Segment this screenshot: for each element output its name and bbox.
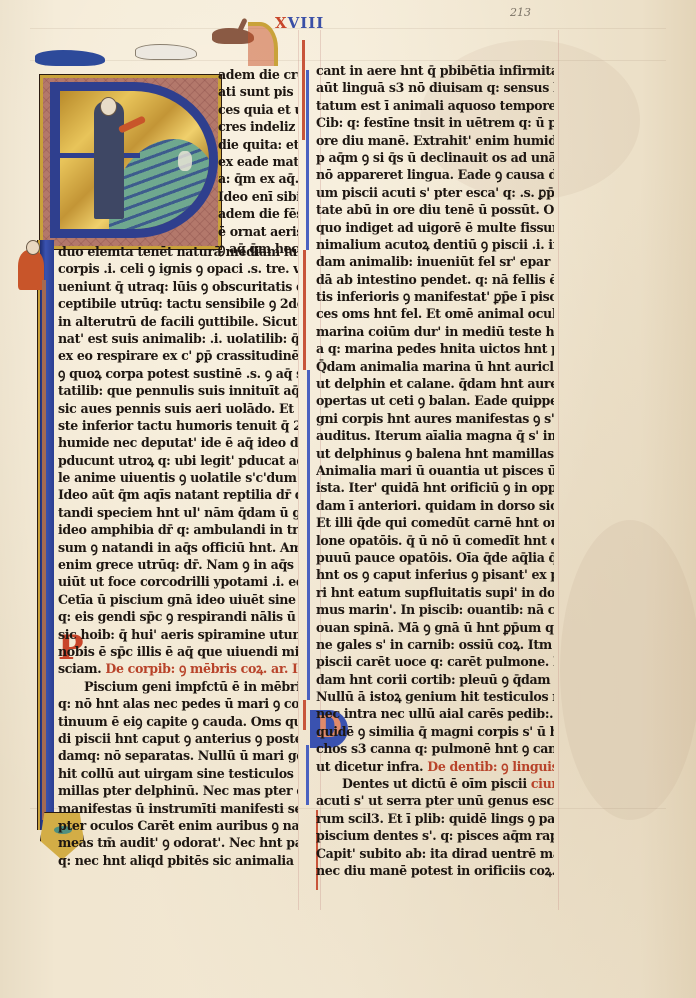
line-text: tate abū in ore diu tenē ū possūt. Omē q…: [316, 202, 554, 218]
line-text: sic aues pennis suis aeri uolādo. Et q̄m…: [58, 400, 298, 416]
line-text: meas tm̄ audit' ꝯ odorat'. Nec hnt palpe…: [58, 835, 298, 851]
text-line: piscium dentes s'. q: pisces aq̄m rapuit…: [316, 827, 554, 845]
pen-flourish: [306, 70, 309, 250]
text-line: dam ī anteriori. quidam in dorso sic del…: [316, 496, 554, 514]
text-line: p aq̄m ꝯ si q̄s ū declinauit os ad unā p…: [316, 149, 554, 167]
line-text: gni corpis hnt aures manifestas ꝯ s' bom: [316, 410, 554, 426]
line-text: uiūt ut foce corcodrilli ypotami .i. eq̄…: [58, 574, 298, 590]
line-text: ut dicetur infra.: [316, 758, 423, 774]
text-line: humide nec deputat' ide ē aq̄ ideo dīi a…: [58, 434, 298, 452]
text-line: ne gales s' in carnib: ossiū coꝝ. Itm ge…: [316, 635, 554, 653]
line-text: sciam.: [58, 661, 101, 677]
pen-flourish: [307, 370, 310, 700]
text-line: ut delphin et calane. q̄dam hnt aures di…: [316, 375, 554, 393]
text-line: nec intra nec ullū aial carēs pedib:. De…: [316, 705, 554, 723]
line-text: corpis .i. celi ꝯ ignis ꝯ opaci .s. tre.…: [58, 261, 298, 277]
text-line: Ideo aūt q̄m aqīs natant reptilia dr̄ q:…: [58, 486, 298, 504]
text-line: nat' est suis animalib: .i. uolatilib: q…: [58, 330, 298, 348]
line-text: sic hoib: q̄ hui' aeris spiramine utunt'…: [58, 626, 298, 642]
line-text: sum ꝯ natandi in aq̄s officiū hnt. Amphy…: [58, 539, 298, 555]
text-line: Piscium geni impfctū ē in mēbris exterio…: [58, 677, 298, 695]
text-line: ri hnt eatum supfluitatis supi' in dorso…: [316, 583, 554, 601]
text-line: q: nō hnt alas nec pedes ū mari ꝯ corp' …: [58, 695, 298, 713]
line-text: tandi speciem hnt ul' nām q̄dam ū gnā pi…: [58, 504, 298, 520]
column-rule: [298, 30, 299, 910]
text-line: manifestas ū instrumīti manifesti sensus: [58, 799, 298, 817]
line-text: rum scil3. Et ī plib: quidē lings ꝯ pala…: [316, 810, 554, 826]
text-line: pter oculos Carēt enim auribus ꝯ narib: …: [58, 816, 298, 834]
fish-icon: [178, 151, 192, 171]
line-text: ste inferior tactu humoris tenuit q̄ 2te…: [58, 418, 298, 434]
hybrid-tail: [42, 280, 46, 820]
text-line: nō appareret lingua. Eade ꝯ causa dentes…: [316, 166, 554, 184]
line-text: acuti s' ut serra pter unū genus esca: [316, 793, 554, 809]
text-line: ista. Iter' quidā hnt orificiū ꝯ in oppo…: [316, 479, 554, 497]
text-line: um piscii acuti s' pter esca' q: .s. ꝑp̄…: [316, 183, 554, 201]
line-text: piscii carēt uoce q: carēt pulmone. Pret…: [316, 654, 554, 670]
text-line: auditus. Iterum aīalia magna q̄ s' in ma…: [316, 427, 554, 445]
text-line: ste inferior tactu humoris tenuit q̄ 2te…: [58, 416, 298, 434]
text-line: q: nec hnt aliqd pbitēs sic animalia q̄ …: [58, 851, 298, 869]
text-line: ces oms hnt fel. Et omē animal oculos pt…: [316, 305, 554, 323]
text-line: lone opatōis. q̄ ū nō ū comedīt hnt orif…: [316, 531, 554, 549]
marginal-border-bar: [38, 240, 54, 830]
rubric: De dentib: ꝯ linguis pis: [427, 758, 554, 774]
line-text: p aq̄m ꝯ si q̄s ū declinauit os ad unā p…: [316, 150, 554, 166]
text-line: sic hoib: q̄ hui' aeris spiramine utunt'…: [58, 625, 298, 643]
text-line: Capit' subito ab: ita dirad uentrē manē: [316, 844, 554, 862]
text-line: tis inferioris ꝯ manifestat' ꝑp̄e ī pisc…: [316, 288, 554, 306]
line-text: enim grece utrūq: dr̄. Nam ꝯ in aq̄s ꝯ ī…: [58, 557, 298, 573]
line-text: tis inferioris ꝯ manifestat' ꝑp̄e ī pisc…: [316, 289, 554, 305]
line-text: quidē ꝯ similia q̄ magni corpis s' ū hnt…: [316, 723, 554, 739]
line-text: a q: marina pedes hnita uictos hnt pedes…: [316, 341, 554, 357]
text-line: duo elemta tenēt naturā mediam luminosi: [58, 243, 298, 261]
line-text: ex eo respirare ex c' ꝑp̄ crassitudinē h…: [58, 348, 298, 364]
line-text: nobis ē sp̄c illis ē aq̄ que uiuendi min…: [58, 644, 298, 660]
hound-icon: [35, 50, 105, 66]
text-line: Cib: q: festīne tnsit in uētrem q: ū pot…: [316, 114, 554, 132]
text-line: di piscii hnt caput ꝯ anterius ꝯ posteri…: [58, 730, 298, 748]
line-text: damq: nō separatas. Nullū ū mari geni pi…: [58, 748, 298, 764]
text-line: pducunt utroꝝ q: ubi legit' pducat aq̄ r…: [58, 451, 298, 469]
line-text: Animalia mari ū ouantia ut pisces ū hnt: [316, 463, 554, 479]
line-text: q: nec hnt aliqd pbitēs sic animalia q̄ …: [58, 852, 298, 868]
line-text: marina coiūm dur' in mediū teste hnita. …: [316, 323, 554, 339]
parchment-stain: [560, 520, 696, 820]
line-text: duo elemta tenēt naturā mediam luminosi: [58, 244, 298, 260]
text-line: ouan spinā. Mā ꝯ gnā ū hnt ꝑp̄um q: spi: [316, 618, 554, 636]
running-head: XVIII: [275, 14, 324, 32]
line-text: ri hnt eatum supfluitatis supi' in dorso…: [316, 584, 554, 600]
text-line: mus marin'. In piscib: ouantib: nā crean: [316, 601, 554, 619]
text-line: nec diu manē potest in orificiis coꝝ. Id…: [316, 862, 554, 880]
text-line: Ideo enī sibi e: [218, 187, 298, 205]
text-line: ex eo respirare ex c' ꝑp̄ crassitudinē h…: [58, 347, 298, 365]
line-text: ore diu manē. Extrahit' enim humiditas: [316, 132, 554, 148]
line-text: piscium dentes s'. q: pisces aq̄m rapuit…: [316, 828, 554, 844]
text-line: adem die cre: [218, 66, 298, 84]
text-line: ex eade mati: [218, 153, 298, 171]
line-text: ut delphin et calane. q̄dam hnt aures di…: [316, 376, 554, 392]
line-text: ouan spinā. Mā ꝯ gnā ū hnt ꝑp̄um q: spi: [316, 619, 554, 635]
line-text: opertas ut ceti ꝯ balan. Eade quippe q̄ …: [316, 393, 554, 409]
manuscript-folio: 213 XVIII P D adem die cre ati sunt pis …: [0, 0, 696, 998]
text-line: Q̄dam animalia marina ū hnt auriclas: [316, 357, 554, 375]
text-line: quo indiget ad uigorē ē multe fissure si…: [316, 218, 554, 236]
line-text: nat' est suis animalib: .i. uolatilib: q…: [58, 331, 298, 347]
running-head-blue: VIII: [288, 14, 325, 32]
line-text: Cib: q: festīne tnsit in uētrem q: ū pot…: [316, 115, 554, 131]
line-text: nec intra nec ullū aial carēs pedib:. De…: [316, 706, 554, 722]
text-line: rum scil3. Et ī plib: quidē lings ꝯ pala…: [316, 809, 554, 827]
line-text: chos s3 canna q: pulmonē hnt ꝯ canalē: [316, 741, 554, 757]
text-line: nimalium acutoꝝ dentiū ꝯ piscii .i. in q…: [316, 235, 554, 253]
text-line: ueniunt q̄ utraq: lūis ꝯ obscuritatis es…: [58, 277, 298, 295]
rubric: De corpib: ꝯ mēbris coꝝ. ar. In l' aial:: [105, 661, 298, 677]
line-text: dam animalib: inueniūt fel sr' epar ꝯ in…: [316, 254, 554, 270]
pen-flourish: [303, 700, 306, 730]
line-text: Nullū ā istoꝝ genium hit testiculos nec …: [316, 689, 554, 705]
text-line: sciam. De corpib: ꝯ mēbris coꝝ. ar. In l…: [58, 660, 298, 678]
text-line: ut delphinus ꝯ balena hnt mamillas ꝯ lac…: [316, 444, 554, 462]
text-line: millas pter delphinū. Nec mas pter eōs h…: [58, 782, 298, 800]
text-line: quidē ꝯ similia q̄ magni corpis s' ū hnt…: [316, 722, 554, 740]
line-text: dam hnt corii cortib: pleuū ꝯ q̄dam aspi…: [316, 671, 554, 687]
text-line: enim grece utrūq: dr̄. Nam ꝯ in aq̄s ꝯ ī…: [58, 556, 298, 574]
line-text: nec diu manē potest in orificiis coꝝ. Id…: [316, 863, 554, 879]
hound-icon: [135, 44, 197, 60]
text-line: tandi speciem hnt ul' nām q̄dam ū gnā pi…: [58, 503, 298, 521]
text-line: opertas ut ceti ꝯ balan. Eade quippe q̄ …: [316, 392, 554, 410]
line-text: tatilib: que pennulis suis innituīt aq̄ …: [58, 383, 298, 399]
right-column: cant in aere hnt q̄ pbibētia infirmita. …: [316, 62, 554, 879]
text-line: chos s3 canna q: pulmonē hnt ꝯ canalē: [316, 740, 554, 758]
folio-number: 213: [510, 6, 531, 19]
text-line: tate abū in ore diu tenē ū possūt. Omē q…: [316, 201, 554, 219]
line-text: ut delphinus ꝯ balena hnt mamillas ꝯ lac…: [316, 445, 554, 461]
text-line: piscii carēt uoce q: carēt pulmone. Pret…: [316, 653, 554, 671]
line-text: cant in aere hnt q̄ pbibētia infirmita. …: [316, 63, 554, 79]
line-text: millas pter delphinū. Nec mas pter eōs h…: [58, 783, 298, 799]
pen-flourish: [306, 745, 309, 805]
text-line: Cetīa ū piscium gnā ideo uiuēt sine aq̄ …: [58, 590, 298, 608]
text-line: a q: marina pedes hnita uictos hnt pedes…: [316, 340, 554, 358]
text-line: gni corpis hnt aures manifestas ꝯ s' bom: [316, 409, 554, 427]
line-text: hit collū aut uirgam sine testiculos sin…: [58, 765, 298, 781]
text-line: ꝯ quoꝝ corpa potest sustinē .s. ꝯ aq̄ su…: [58, 364, 298, 382]
left-column-top: adem die cre ati sunt pis ces quia et uo…: [218, 66, 298, 257]
running-head-red: X: [275, 14, 288, 32]
line-text: aūt linguā s3 nō diuisam q: sensus humid…: [316, 80, 554, 96]
text-line: dam animalib: inueniūt fel sr' epar ꝯ in…: [316, 253, 554, 271]
text-line: ati sunt pis: [218, 83, 298, 101]
text-line: dā ab intestino pendet. q: nā fellis ē e…: [316, 270, 554, 288]
text-line: marina coiūm dur' in mediū teste hnita. …: [316, 322, 554, 340]
text-line: aūt linguā s3 nō diuisam q: sensus humid…: [316, 79, 554, 97]
text-line: meas tm̄ audit' ꝯ odorat'. Nec hnt palpe…: [58, 834, 298, 852]
line-text: mus marin'. In piscib: ouantib: nā crean: [316, 602, 554, 618]
left-column: duo elemta tenēt naturā mediam luminosic…: [58, 243, 298, 869]
monk-figure-icon: [94, 101, 124, 219]
line-text: um piscii acuti s' pter esca' q: .s. ꝑp̄…: [316, 184, 554, 200]
pen-flourish: [302, 40, 305, 140]
text-line: ut dicetur infra. De dentib: ꝯ linguis p…: [316, 757, 554, 775]
text-line: tinuum ē eiꝯ capite ꝯ cauda. Oms quidem …: [58, 712, 298, 730]
text-line: acuti s' ut serra pter unū genus esca: [316, 792, 554, 810]
line-text: nimalium acutoꝝ dentiū ꝯ piscii .i. in q…: [316, 237, 554, 253]
text-line: sum ꝯ natandi in aq̄s officiū hnt. Amphy…: [58, 538, 298, 556]
text-line: Dentes ut dictū ē oīm piscii cium. iij.: [316, 775, 554, 793]
text-line: damq: nō separatas. Nullū ū mari geni pi…: [58, 747, 298, 765]
pen-flourish: [303, 250, 306, 370]
monk-head: [100, 97, 117, 116]
line-text: pter oculos Carēt enim auribus ꝯ narib: …: [58, 818, 298, 834]
line-text: auditus. Iterum aīalia magna q̄ s' in ma…: [316, 428, 554, 444]
text-line: ces quia et uo: [218, 100, 298, 118]
text-line: hnt os ꝯ caput inferius ꝯ pisant' ex pte…: [316, 566, 554, 584]
rubric: cium. iij.: [531, 776, 554, 792]
line-text: ces oms hnt fel. Et omē animal oculos pt…: [316, 306, 554, 322]
column-rule: [558, 30, 559, 910]
line-text: ueniunt q̄ utraq: lūis ꝯ obscuritatis es…: [58, 278, 298, 294]
historiated-initial-d: [50, 82, 218, 238]
line-text: dam ī anteriori. quidam in dorso sic del…: [316, 497, 554, 513]
text-line: a: q̄m ex aq̄.: [218, 170, 298, 188]
text-line: Animalia mari ū ouantia ut pisces ū hnt: [316, 462, 554, 480]
line-text: ceptibile utrūq: tactu sensibile ꝯ 2dēpn…: [58, 296, 298, 312]
text-line: ē ornat aeris: [218, 222, 298, 240]
text-line: die quita: et: [218, 135, 298, 153]
text-line: ideo amphibia dr̄ q: ambulandi in tris u: [58, 521, 298, 539]
text-line: le anime uiuentis ꝯ uolatile s'c'dum ꝯ ē…: [58, 469, 298, 487]
line-text: q: nō hnt alas nec pedes ū mari ꝯ corp' …: [58, 696, 298, 712]
line-text: Ideo aūt q̄m aqīs natant reptilia dr̄ q:…: [58, 487, 298, 503]
text-line: adem die fēs: [218, 205, 298, 223]
line-text: ꝯ quoꝝ corpa potest sustinē .s. ꝯ aq̄ su…: [58, 365, 298, 381]
line-text: di piscii hnt caput ꝯ anterius ꝯ posteri…: [58, 731, 298, 747]
line-text: Q̄dam animalia marina ū hnt auriclas: [316, 358, 554, 374]
line-text: humide nec deputat' ide ē aq̄ ideo dīi a…: [58, 435, 298, 451]
text-line: puuū pauce opatōis. Oīa q̄de aq̄lia q̄ h…: [316, 549, 554, 567]
line-text: manifestas ū instrumīti manifesti sensus: [58, 800, 298, 816]
text-line: uiūt ut foce corcodrilli ypotami .i. eq̄…: [58, 573, 298, 591]
line-text: puuū pauce opatōis. Oīa q̄de aq̄lia q̄ h…: [316, 550, 554, 566]
line-text: Et illi q̄de qui comedūt carnē hnt orifi…: [316, 515, 554, 531]
text-line: corpis .i. celi ꝯ ignis ꝯ opaci .s. tre.…: [58, 260, 298, 278]
text-line: Nullū ā istoꝝ genium hit testiculos nec …: [316, 688, 554, 706]
line-text: Capit' subito ab: ita dirad uentrē manē: [316, 845, 554, 861]
hybrid-figure-head: [26, 240, 40, 255]
line-text: hnt os ꝯ caput inferius ꝯ pisant' ex pte…: [316, 567, 554, 583]
line-text: Cetīa ū piscium gnā ideo uiuēt sine aq̄ …: [58, 591, 298, 607]
text-line: cant in aere hnt q̄ pbibētia infirmita. …: [316, 62, 554, 80]
line-text: nō appareret lingua. Eade ꝯ causa dentes…: [316, 167, 554, 183]
line-text: pducunt utroꝝ q: ubi legit' pducat aq̄ r…: [58, 452, 298, 468]
line-text: ista. Iter' quidā hnt orificiū ꝯ in oppo…: [316, 480, 554, 496]
text-line: tatum est ī animali aquoso tempore pruo.: [316, 96, 554, 114]
text-line: cres indeliz: [218, 118, 298, 136]
text-line: tatilib: que pennulis suis innituīt aq̄ …: [58, 382, 298, 400]
text-line: ore diu manē. Extrahit' enim humiditas: [316, 131, 554, 149]
text-line: sic aues pennis suis aeri uolādo. Et q̄m…: [58, 399, 298, 417]
hybrid-figure-icon: [18, 250, 44, 290]
text-line: nobis ē sp̄c illis ē aq̄ que uiuendi min…: [58, 643, 298, 661]
line-text: ne gales s' in carnib: ossiū coꝝ. Itm ge…: [316, 637, 554, 653]
text-line: q: eis gendi sp̄c ꝯ respirandi nālis ū s…: [58, 608, 298, 626]
text-line: in alterutrū de facili ꝯuttibile. Sicut …: [58, 312, 298, 330]
line-text: Dentes ut dictū ē oīm piscii: [342, 776, 527, 792]
line-text: lone opatōis. q̄ ū nō ū comedīt hnt orif…: [316, 532, 554, 548]
line-text: ideo amphibia dr̄ q: ambulandi in tris u: [58, 522, 298, 538]
line-text: dā ab intestino pendet. q: nā fellis ē e…: [316, 271, 554, 287]
text-line: dam hnt corii cortib: pleuū ꝯ q̄dam aspi…: [316, 670, 554, 688]
line-text: tatum est ī animali aquoso tempore pruo.: [316, 97, 554, 113]
line-text: Piscium geni impfctū ē in mēbris exterio…: [84, 678, 298, 694]
line-text: q: eis gendi sp̄c ꝯ respirandi nālis ū s…: [58, 609, 298, 625]
text-line: Et illi q̄de qui comedūt carnē hnt orifi…: [316, 514, 554, 532]
line-text: tinuum ē eiꝯ capite ꝯ cauda. Oms quidem …: [58, 713, 298, 729]
ruling-line: [30, 28, 666, 29]
text-line: hit collū aut uirgam sine testiculos sin…: [58, 764, 298, 782]
line-text: quo indiget ad uigorē ē multe fissure si…: [316, 219, 554, 235]
line-text: in alterutrū de facili ꝯuttibile. Sicut …: [58, 313, 298, 329]
text-line: ceptibile utrūq: tactu sensibile ꝯ 2dēpn…: [58, 295, 298, 313]
line-text: le anime uiuentis ꝯ uolatile s'c'dum ꝯ ē: [58, 470, 298, 486]
